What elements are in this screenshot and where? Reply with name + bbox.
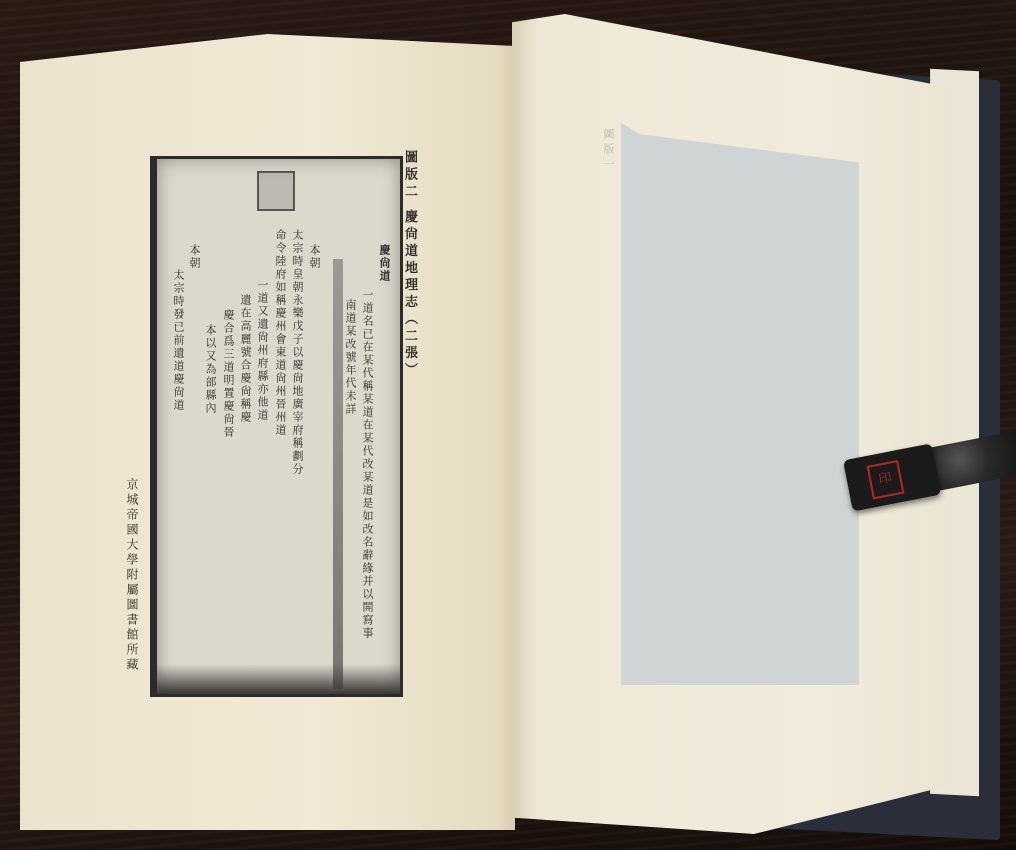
section-label: 本朝 — [307, 244, 321, 270]
manuscript-column: 太宗時發已前遺道慶尙道 — [171, 269, 185, 412]
seal-mark-icon: 印 — [867, 460, 905, 499]
bleed-through-plate — [621, 123, 859, 685]
ghost-caption: 圖版一 — [600, 128, 616, 173]
manuscript-column: 一道名已在某代稱某道在某代改某道是如改名辭緣并以開寫事 — [360, 289, 374, 640]
manuscript-column: 太宗時皇朝永樂戊子以慶尙地廣宰府稱劃分 — [290, 229, 304, 476]
fold-shadow — [333, 259, 343, 689]
manuscript-column: 慶合爲三道明置慶尙晉 — [221, 309, 235, 439]
manuscript-heading: 慶尙道 — [377, 244, 391, 283]
manuscript-column: 南道某改號年代未詳 — [343, 299, 357, 416]
manuscript-column: 本以又為部縣內 — [203, 324, 217, 415]
plate-caption: 圖版二 慶尙道地理志（二張） — [400, 150, 419, 380]
holding-note: 京城帝國大學附屬圖書館所藏 — [124, 478, 141, 673]
manuscript-column: 一道又遺尙州府縣亦他道 — [255, 279, 269, 422]
manuscript-column: 遺在高麗號合慶尙稱慶 — [238, 294, 252, 424]
manuscript-column: 命令陸府如稱慶州會東道尙州晉州道 — [273, 229, 287, 437]
section-label: 本朝 — [187, 244, 201, 270]
plate-edge-shadow — [157, 664, 400, 694]
library-stamp-icon — [257, 171, 295, 211]
manuscript-plate: 慶尙道 一道名已在某代稱某道在某代改某道是如改名辭緣并以開寫事 南道某改號年代未… — [150, 156, 403, 697]
